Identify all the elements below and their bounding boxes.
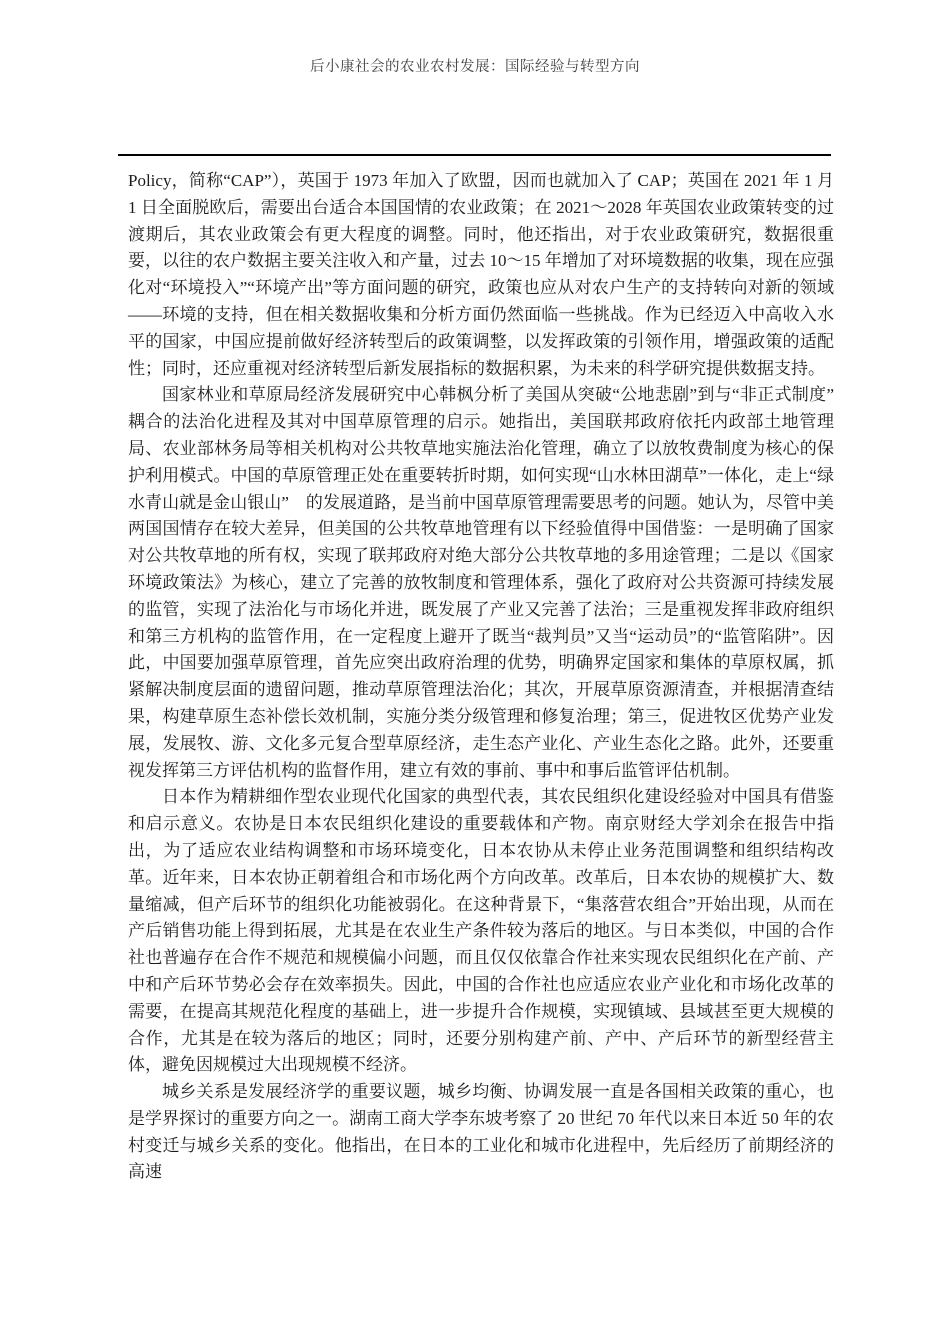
header-divider (118, 154, 831, 156)
document-body: Policy，简称“CAP”），英国于 1973 年加入了欧盟，因而也就加入了 … (128, 168, 834, 1186)
document-page: 后小康社会的农业农村发展：国际经验与转型方向 Policy，简称“CAP”），英… (0, 0, 950, 1344)
page-header-title: 后小康社会的农业农村发展：国际经验与转型方向 (0, 58, 950, 76)
paragraph-urban-rural-relations: 城乡关系是发展经济学的重要议题，城乡均衡、协调发展一直是各国相关政策的重心，也是… (128, 1079, 834, 1186)
paragraph-continuation-cap-policy: Policy，简称“CAP”），英国于 1973 年加入了欧盟，因而也就加入了 … (128, 168, 834, 382)
paragraph-us-grassland-management: 国家林业和草原局经济发展研究中心韩枫分析了美国从突破“公地悲剧”到与“非正式制度… (128, 382, 834, 784)
paragraph-japan-farmer-organization: 日本作为精耕细作型农业现代化国家的典型代表，其农民组织化建设经验对中国具有借鉴和… (128, 784, 834, 1079)
